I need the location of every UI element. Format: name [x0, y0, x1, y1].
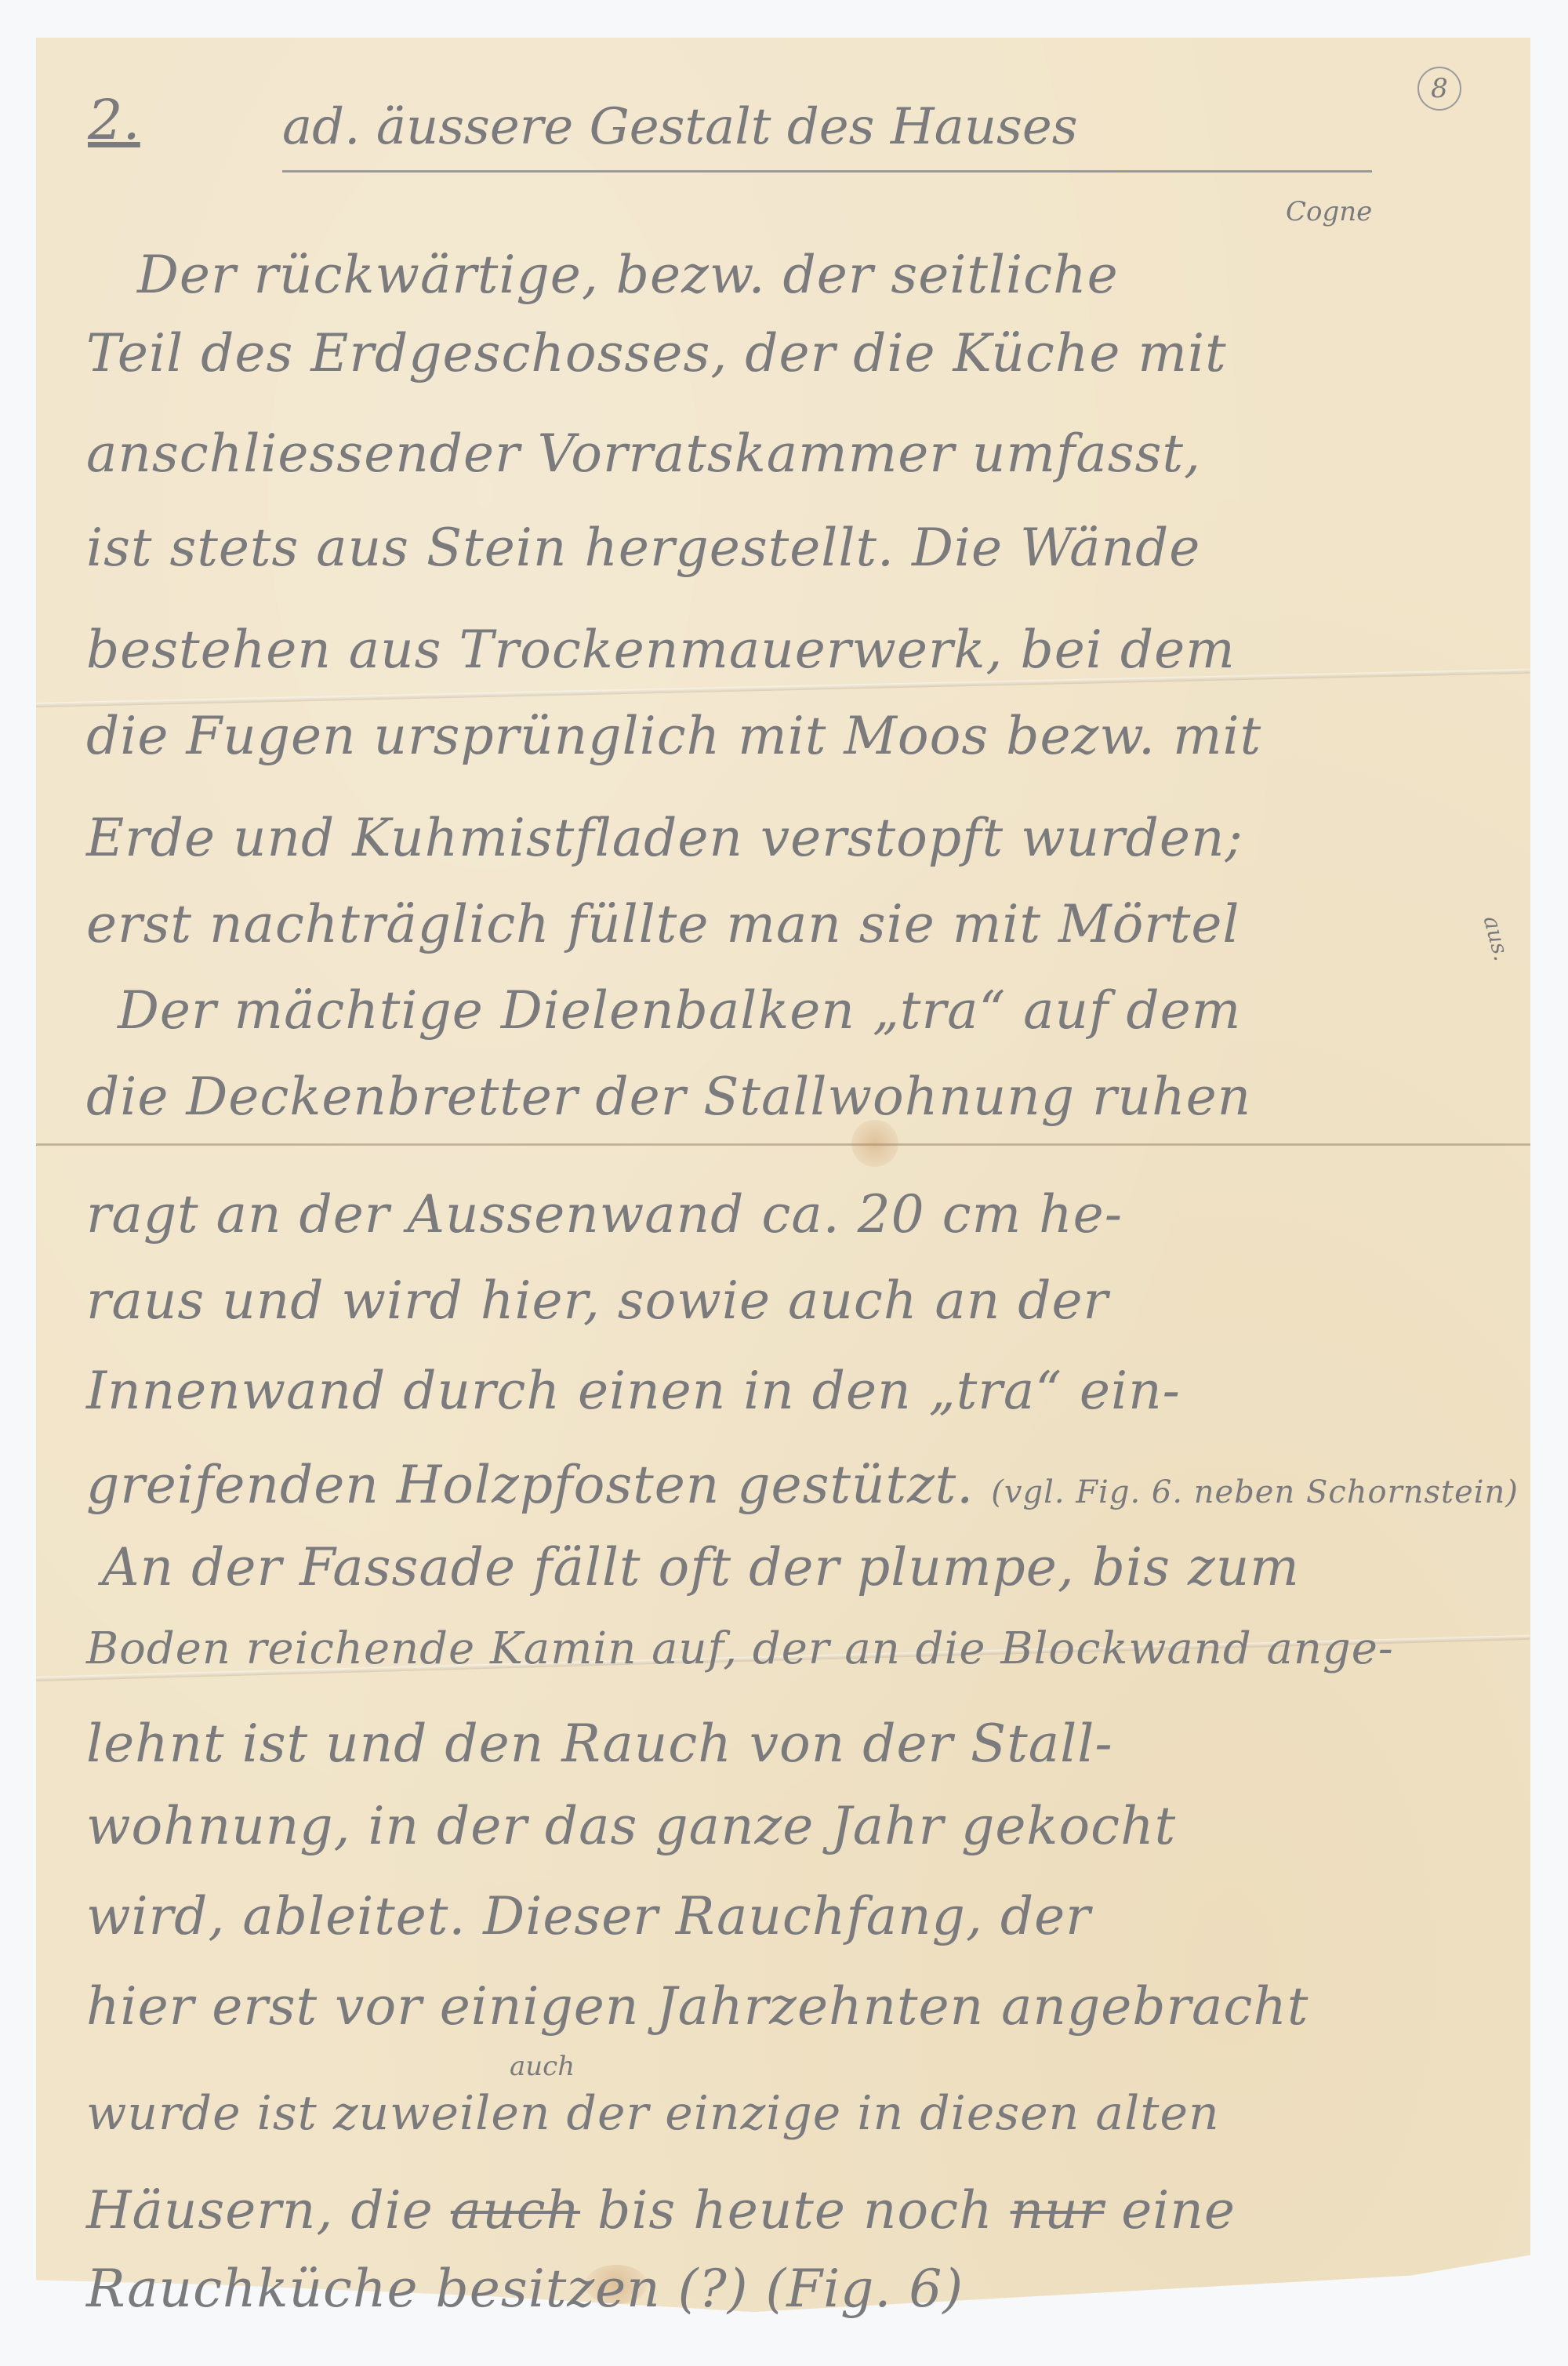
circled-page-number: 8: [1417, 67, 1461, 111]
text-line-11: ragt an der Aussenwand ca. 20 cm he-: [86, 1184, 1123, 1245]
text-line-18: wohnung, in der das ganze Jahr gekocht: [86, 1796, 1176, 1856]
text-line-6: die Fugen ursprünglich mit Moos bezw. mi…: [86, 706, 1261, 766]
text-line-9: Der mächtige Dielenbalken „tra“ auf dem: [118, 980, 1241, 1041]
text-line-3: anschliessender Vorratskammer umfasst,: [86, 423, 1201, 484]
text-line-22-middle: bis heute noch: [597, 2180, 993, 2241]
text-line-14-main: greifenden Holzpfosten gestützt.: [86, 1455, 974, 1515]
text-line-4: ist stets aus Stein hergestellt. Die Wän…: [86, 518, 1200, 578]
page-heading: ad. äussere Gestalt des Hauses: [282, 98, 1372, 173]
text-line-13: Innenwand durch einen in den „tra“ ein-: [86, 1361, 1181, 1421]
section-number: 2.: [88, 88, 140, 152]
text-line-22: Häusern, die auch bis heute noch nur ein…: [86, 2180, 1236, 2241]
text-line-19: wird, ableitet. Dieser Rauchfang, der: [86, 1886, 1091, 1946]
stain: [851, 1120, 898, 1167]
text-line-7: Erde und Kuhmistfladen verstopft wurden;: [86, 808, 1243, 868]
struck-word: auch: [451, 2180, 580, 2241]
text-line-15: An der Fassade fällt oft der plumpe, bis…: [102, 1537, 1300, 1597]
text-line-1: Der rückwärtige, bezw. der seitliche: [137, 245, 1119, 305]
text-line-20: hier erst vor einigen Jahrzehnten angebr…: [86, 1976, 1308, 2037]
figure-reference-note: (vgl. Fig. 6. neben Schornstein): [991, 1474, 1519, 1510]
struck-word: nur: [1011, 2180, 1105, 2241]
text-line-22-end: eine: [1121, 2180, 1236, 2241]
text-line-12: raus und wird hier, sowie auch an der: [86, 1270, 1109, 1331]
text-line-14: greifenden Holzpfosten gestützt. (vgl. F…: [86, 1455, 1519, 1515]
text-line-23: Rauchküche besitzen (?) (Fig. 6): [86, 2259, 964, 2319]
text-line-10: die Deckenbretter der Stallwohnung ruhen: [86, 1067, 1251, 1127]
text-line-22-start: Häusern, die: [86, 2180, 434, 2241]
interlinear-note-auch: auch: [510, 2051, 575, 2082]
text-line-17: lehnt ist und den Rauch von der Stall-: [86, 1714, 1113, 1774]
text-line-5: bestehen aus Trockenmauerwerk, bei dem: [86, 620, 1236, 680]
text-line-8: erst nachträglich füllte man sie mit Mör…: [86, 894, 1240, 954]
paste-seam: [36, 1143, 1530, 1146]
text-line-2: Teil des Erdgeschosses, der die Küche mi…: [86, 323, 1227, 383]
text-line-21: wurde ist zuweilen der einzige in diesen…: [86, 2086, 1220, 2141]
text-line-16: Boden reichende Kamin auf, der an die Bl…: [86, 1623, 1394, 1674]
interlinear-note-cogne: Cogne: [1286, 196, 1372, 227]
